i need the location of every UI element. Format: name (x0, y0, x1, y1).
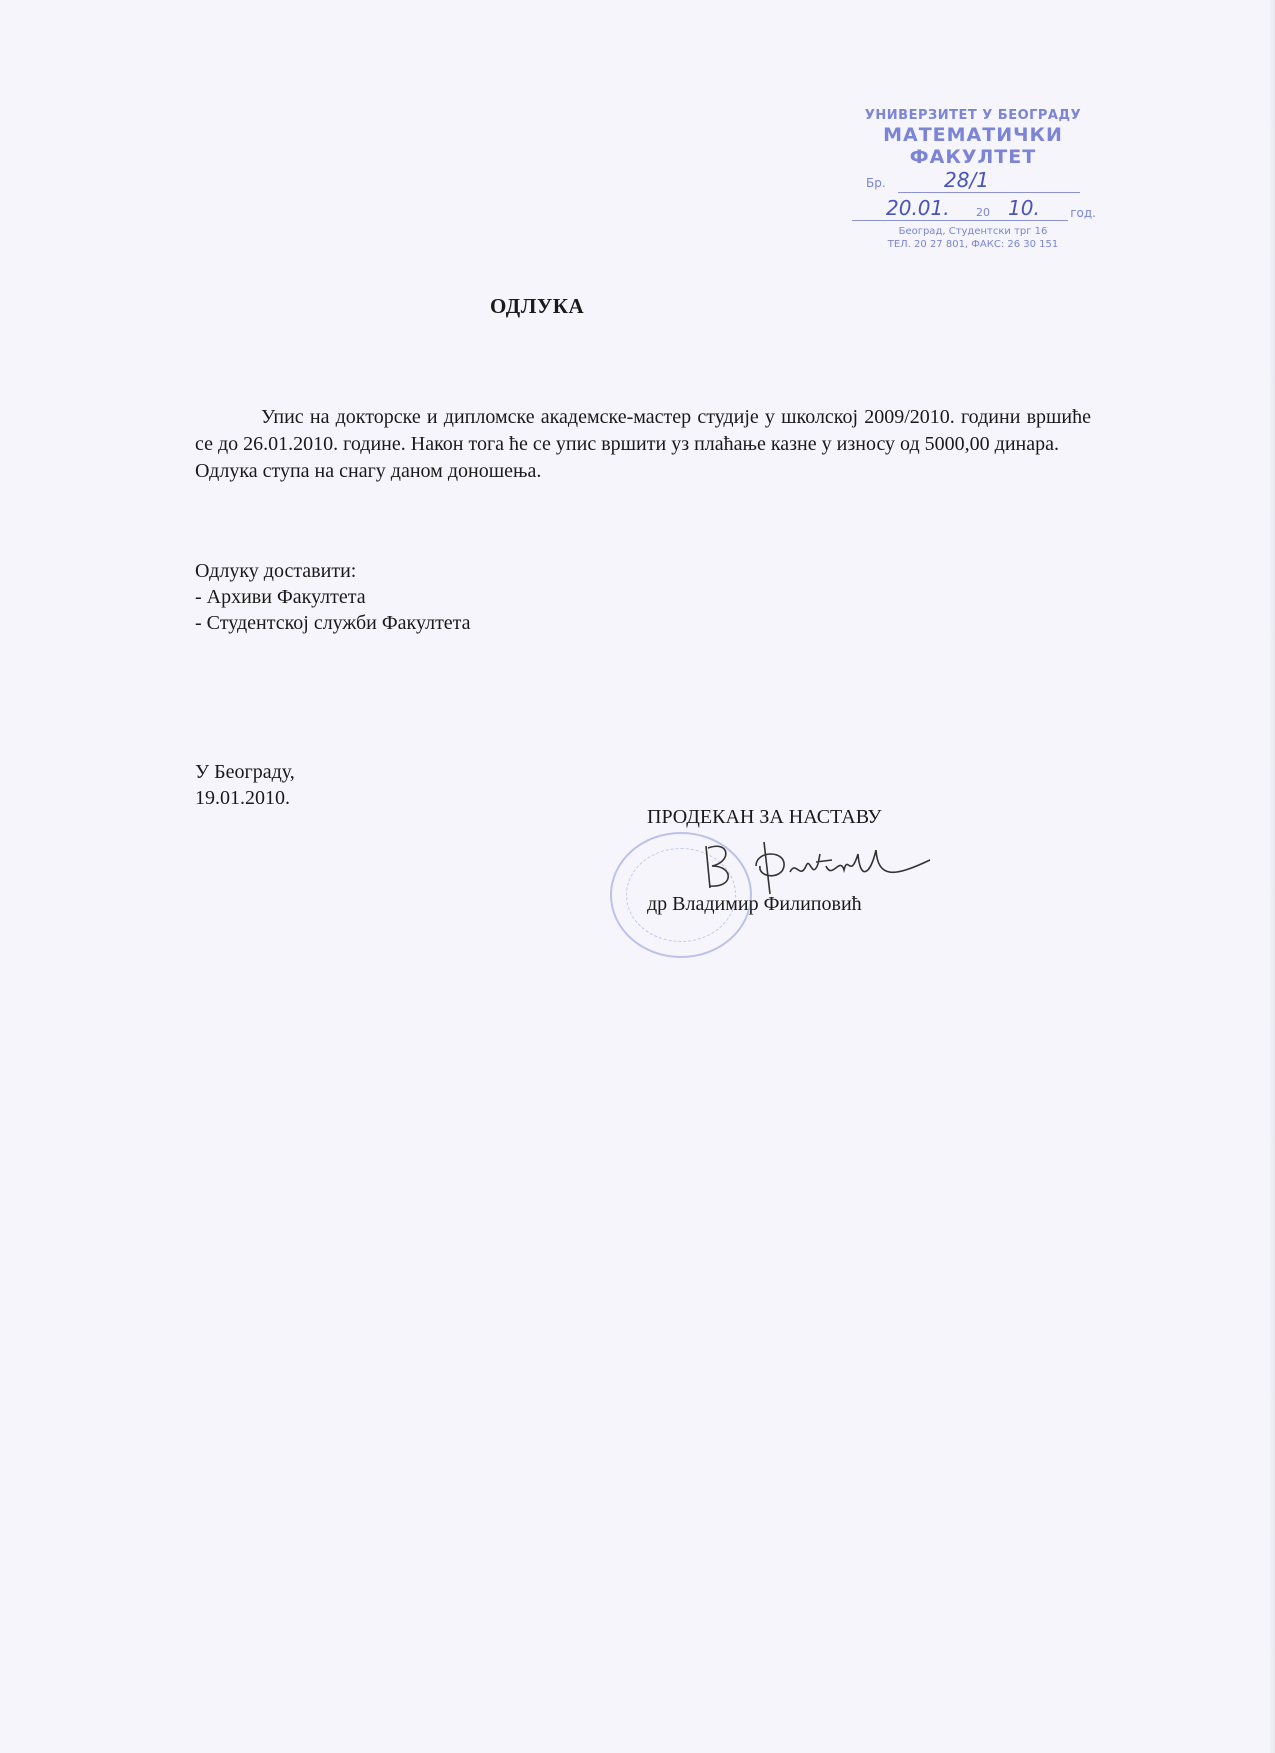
stamp-date-row: 20.01. 20 10. год. (848, 194, 1098, 220)
signature-icon (700, 836, 940, 896)
decision-paragraph: Упис на докторске и дипломске академске-… (195, 404, 1091, 458)
place: У Београду, (195, 759, 295, 785)
place-and-date: У Београду, 19.01.2010. (195, 759, 295, 811)
stamp-number-label: Бр. (866, 176, 886, 190)
stamp-year-prefix: 20 (976, 206, 990, 219)
signer-name: др Владимир Филиповић (647, 893, 862, 916)
stamp-year-value: 10. (1008, 196, 1040, 220)
stamp-address: Београд, Студентски трг 16 (848, 226, 1098, 237)
stamp-year-suffix: год. (1070, 206, 1096, 220)
stamp-number-row: Бр. 28/1 (848, 168, 1098, 194)
stamp-phone: ТЕЛ. 20 27 801, ФАКС: 26 30 151 (848, 239, 1098, 250)
signer-position: ПРОДЕКАН ЗА НАСТАВУ (647, 806, 882, 829)
distribution-item: - Студентској служби Факултета (195, 610, 471, 636)
registry-stamp: УНИВЕРЗИТЕТ У БЕОГРАДУ МАТЕМАТИЧКИ ФАКУЛ… (848, 108, 1098, 250)
stamp-date-line (852, 220, 1068, 221)
stamp-date-value: 20.01. (886, 196, 950, 220)
issue-date: 19.01.2010. (195, 785, 295, 811)
document-title: ОДЛУКА (490, 294, 584, 319)
effective-clause: Одлука ступа на снагу даном доношења. (195, 458, 1091, 485)
stamp-number-line (898, 192, 1080, 193)
distribution-item: - Архиви Факултета (195, 584, 471, 610)
distribution-list: Одлуку доставити: - Архиви Факултета - С… (195, 558, 471, 636)
stamp-faculty: МАТЕМАТИЧКИ ФАКУЛТЕТ (848, 124, 1098, 168)
document-body: Упис на докторске и дипломске академске-… (195, 404, 1091, 485)
distribution-heading: Одлуку доставити: (195, 558, 471, 584)
stamp-number-value: 28/1 (944, 168, 989, 192)
page-edge (1269, 0, 1275, 1753)
stamp-university: УНИВЕРЗИТЕТ У БЕОГРАДУ (848, 108, 1098, 123)
